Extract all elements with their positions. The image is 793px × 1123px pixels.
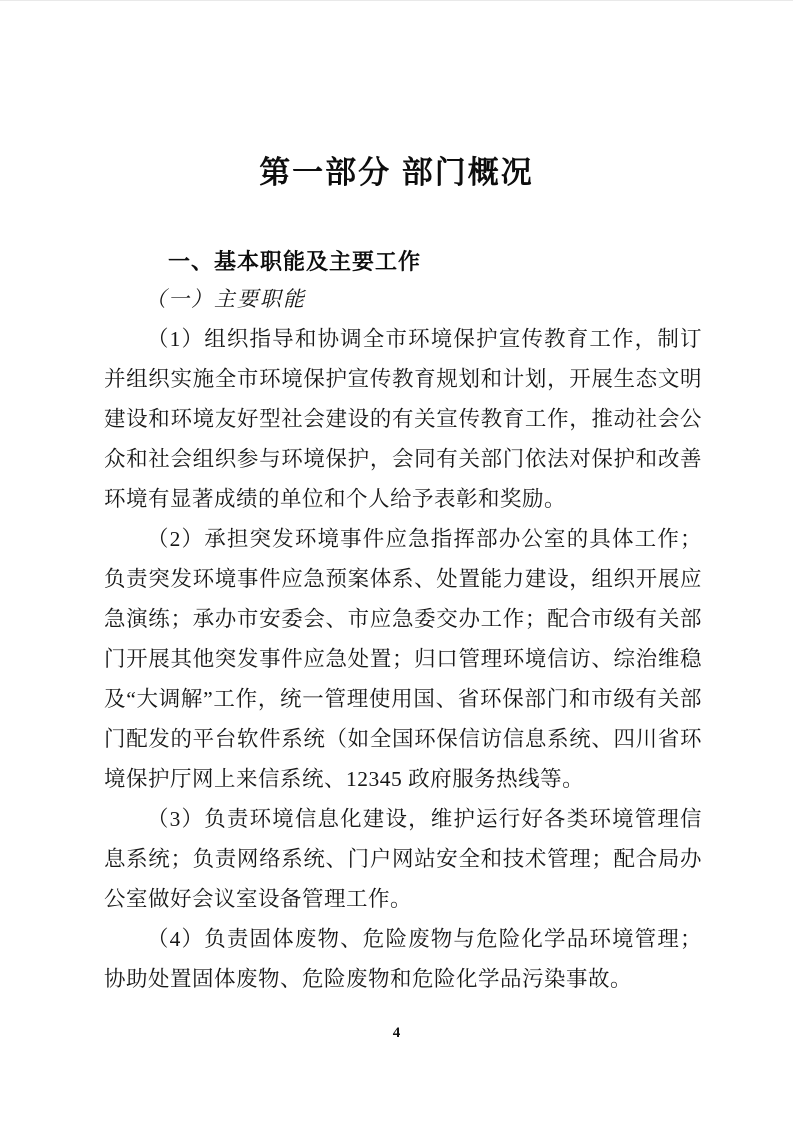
paragraph: （2）承担突发环境事件应急指挥部办公室的具体工作；负责突发环境事件应急预案体系、… bbox=[104, 519, 702, 799]
paragraph: （4）负责固体废物、危险废物与危险化学品环境管理；协助处置固体废物、危险废物和危… bbox=[104, 919, 702, 999]
page-title: 第一部分 部门概况 bbox=[0, 151, 793, 195]
page-number: 4 bbox=[0, 1025, 793, 1042]
document-page: 第一部分 部门概况 一、基本职能及主要工作 （一）主要职能 （1）组织指导和协调… bbox=[0, 0, 793, 1123]
paragraph: （1）组织指导和协调全市环境保护宣传教育工作，制订并组织实施全市环境保护宣传教育… bbox=[104, 319, 702, 519]
paragraph: （3）负责环境信息化建设，维护运行好各类环境管理信息系统；负责网络系统、门户网站… bbox=[104, 799, 702, 919]
section-heading: 一、基本职能及主要工作 bbox=[168, 247, 421, 277]
subsection-heading: （一）主要职能 bbox=[145, 284, 306, 314]
body-paragraphs: （1）组织指导和协调全市环境保护宣传教育工作，制订并组织实施全市环境保护宣传教育… bbox=[104, 319, 702, 999]
